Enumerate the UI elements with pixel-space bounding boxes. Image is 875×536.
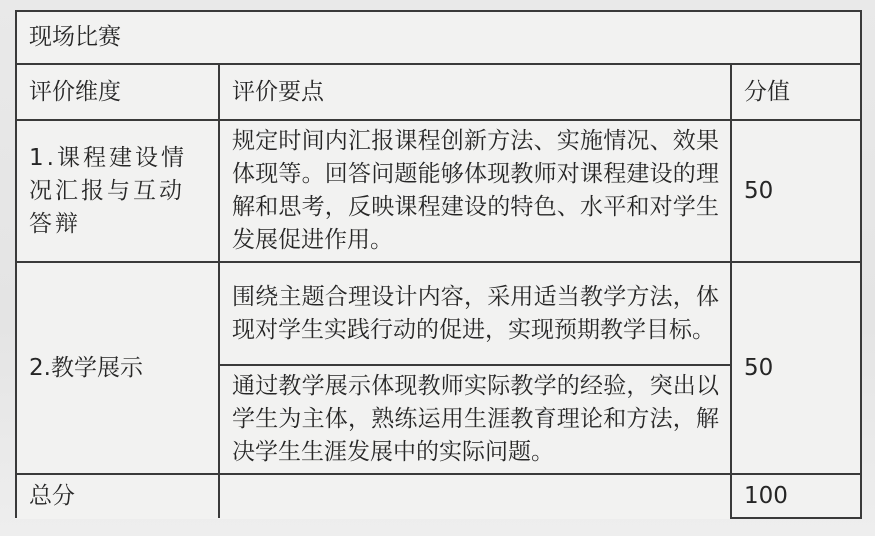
- table-title-row: 现场比赛: [16, 11, 861, 64]
- table-title: 现场比赛: [16, 11, 861, 64]
- score-course-report: 50: [731, 120, 861, 262]
- column-header-dimension: 评价维度: [16, 64, 219, 120]
- table-footer-row: 总分 100: [16, 474, 861, 518]
- column-header-score: 分值: [731, 64, 861, 120]
- table-header-row: 评价维度 评价要点 分值: [16, 64, 861, 120]
- points-teaching-demo-practice: 通过教学展示体现教师实际教学的经验，突出以学生为主体，熟练运用生涯教育理论和方法…: [219, 365, 731, 474]
- total-score-points-empty: [219, 474, 731, 518]
- page-background: 现场比赛 评价维度 评价要点 分值 1.课程建设情况汇报与互动答辩 规定时间内汇…: [0, 0, 875, 536]
- total-score-label: 总分: [16, 474, 219, 518]
- dimension-course-report: 1.课程建设情况汇报与互动答辩: [16, 120, 219, 262]
- points-teaching-demo-design: 围绕主题合理设计内容，采用适当教学方法，体现对学生实践行动的促进，实现预期教学目…: [219, 262, 731, 365]
- total-score-value: 100: [731, 474, 861, 518]
- points-course-report: 规定时间内汇报课程创新方法、实施情况、效果体现等。回答问题能够体现教师对课程建设…: [219, 120, 731, 262]
- score-teaching-demo: 50: [731, 262, 861, 474]
- dimension-teaching-demo: 2.教学展示: [16, 262, 219, 474]
- table-row-course-report: 1.课程建设情况汇报与互动答辩 规定时间内汇报课程创新方法、实施情况、效果体现等…: [16, 120, 861, 262]
- evaluation-rubric-table: 现场比赛 评价维度 评价要点 分值 1.课程建设情况汇报与互动答辩 规定时间内汇…: [15, 10, 862, 519]
- table-row-teaching-demo-a: 2.教学展示 围绕主题合理设计内容，采用适当教学方法，体现对学生实践行动的促进，…: [16, 262, 861, 365]
- column-header-points: 评价要点: [219, 64, 731, 120]
